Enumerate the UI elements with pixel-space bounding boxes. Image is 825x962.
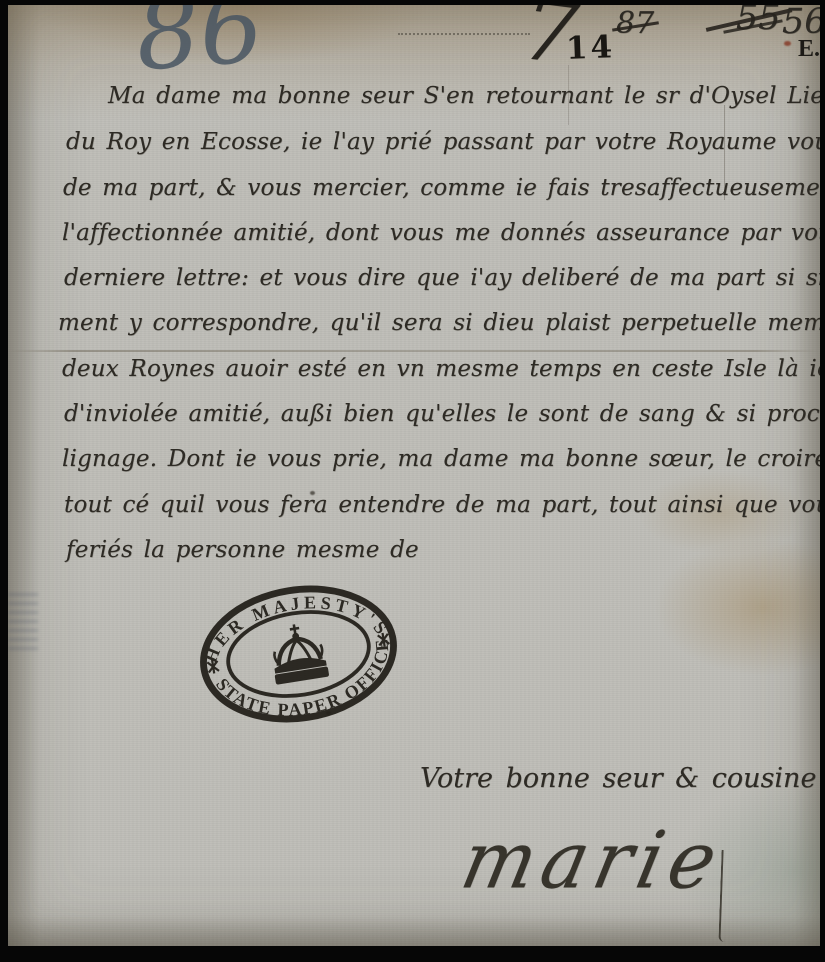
faint-dotted-line: [398, 33, 530, 35]
signature-marie: marie: [454, 813, 732, 906]
crossed-out-number-87: 87: [616, 9, 654, 39]
crossed-out-number-55: 55: [736, 5, 781, 36]
star-icon: [207, 659, 219, 674]
stamp-svg: HER MAJESTY'S STATE PAPER OFFICE: [196, 583, 401, 725]
letter-line: l'affectionnée amitié, dont vous me donn…: [62, 222, 820, 245]
letter-line: derniere lettre: et vous dire que i'ay d…: [64, 267, 820, 290]
crown-icon: [268, 620, 329, 684]
stamped-folio-number: 14: [565, 32, 615, 65]
folio-number-56: 56: [782, 5, 820, 40]
letter-line: Ma dame ma bonne seur S'en retournant le…: [108, 85, 820, 108]
letter-line: lignage. Dont ie vous prie, ma dame ma b…: [62, 448, 820, 471]
state-paper-office-stamp: HER MAJESTY'S STATE PAPER OFFICE: [196, 583, 401, 725]
series-letter-e: E.: [798, 37, 820, 61]
letter-line: de ma part, & vous mercier, comme ie fai…: [63, 177, 820, 200]
horizontal-fold-line: [8, 350, 820, 352]
letter-line: deux Roynes auoir esté en vn mesme temps…: [62, 358, 820, 381]
letter-line: d'inviolée amitié, außi bien qu'elles le…: [64, 403, 820, 426]
folio-number-blue: 86: [133, 5, 267, 85]
valediction: Votre bonne seur & cousine: [420, 763, 816, 794]
letter-line: feriés la personne mesme de: [66, 539, 419, 562]
letter-line: ment y correspondre, qu'il sera si dieu …: [58, 312, 820, 335]
ink-showthrough: [8, 588, 38, 650]
letter-line: tout cé quil vous fera entendre de ma pa…: [64, 494, 820, 517]
letter-line: du Roy en Ecosse, ie l'ay prié passant p…: [66, 131, 820, 154]
scanned-letter-page: 86 7 14 87 55 56 E. Ma dame ma bonne seu…: [0, 0, 825, 962]
paper-sheet: 86 7 14 87 55 56 E. Ma dame ma bonne seu…: [8, 5, 820, 946]
